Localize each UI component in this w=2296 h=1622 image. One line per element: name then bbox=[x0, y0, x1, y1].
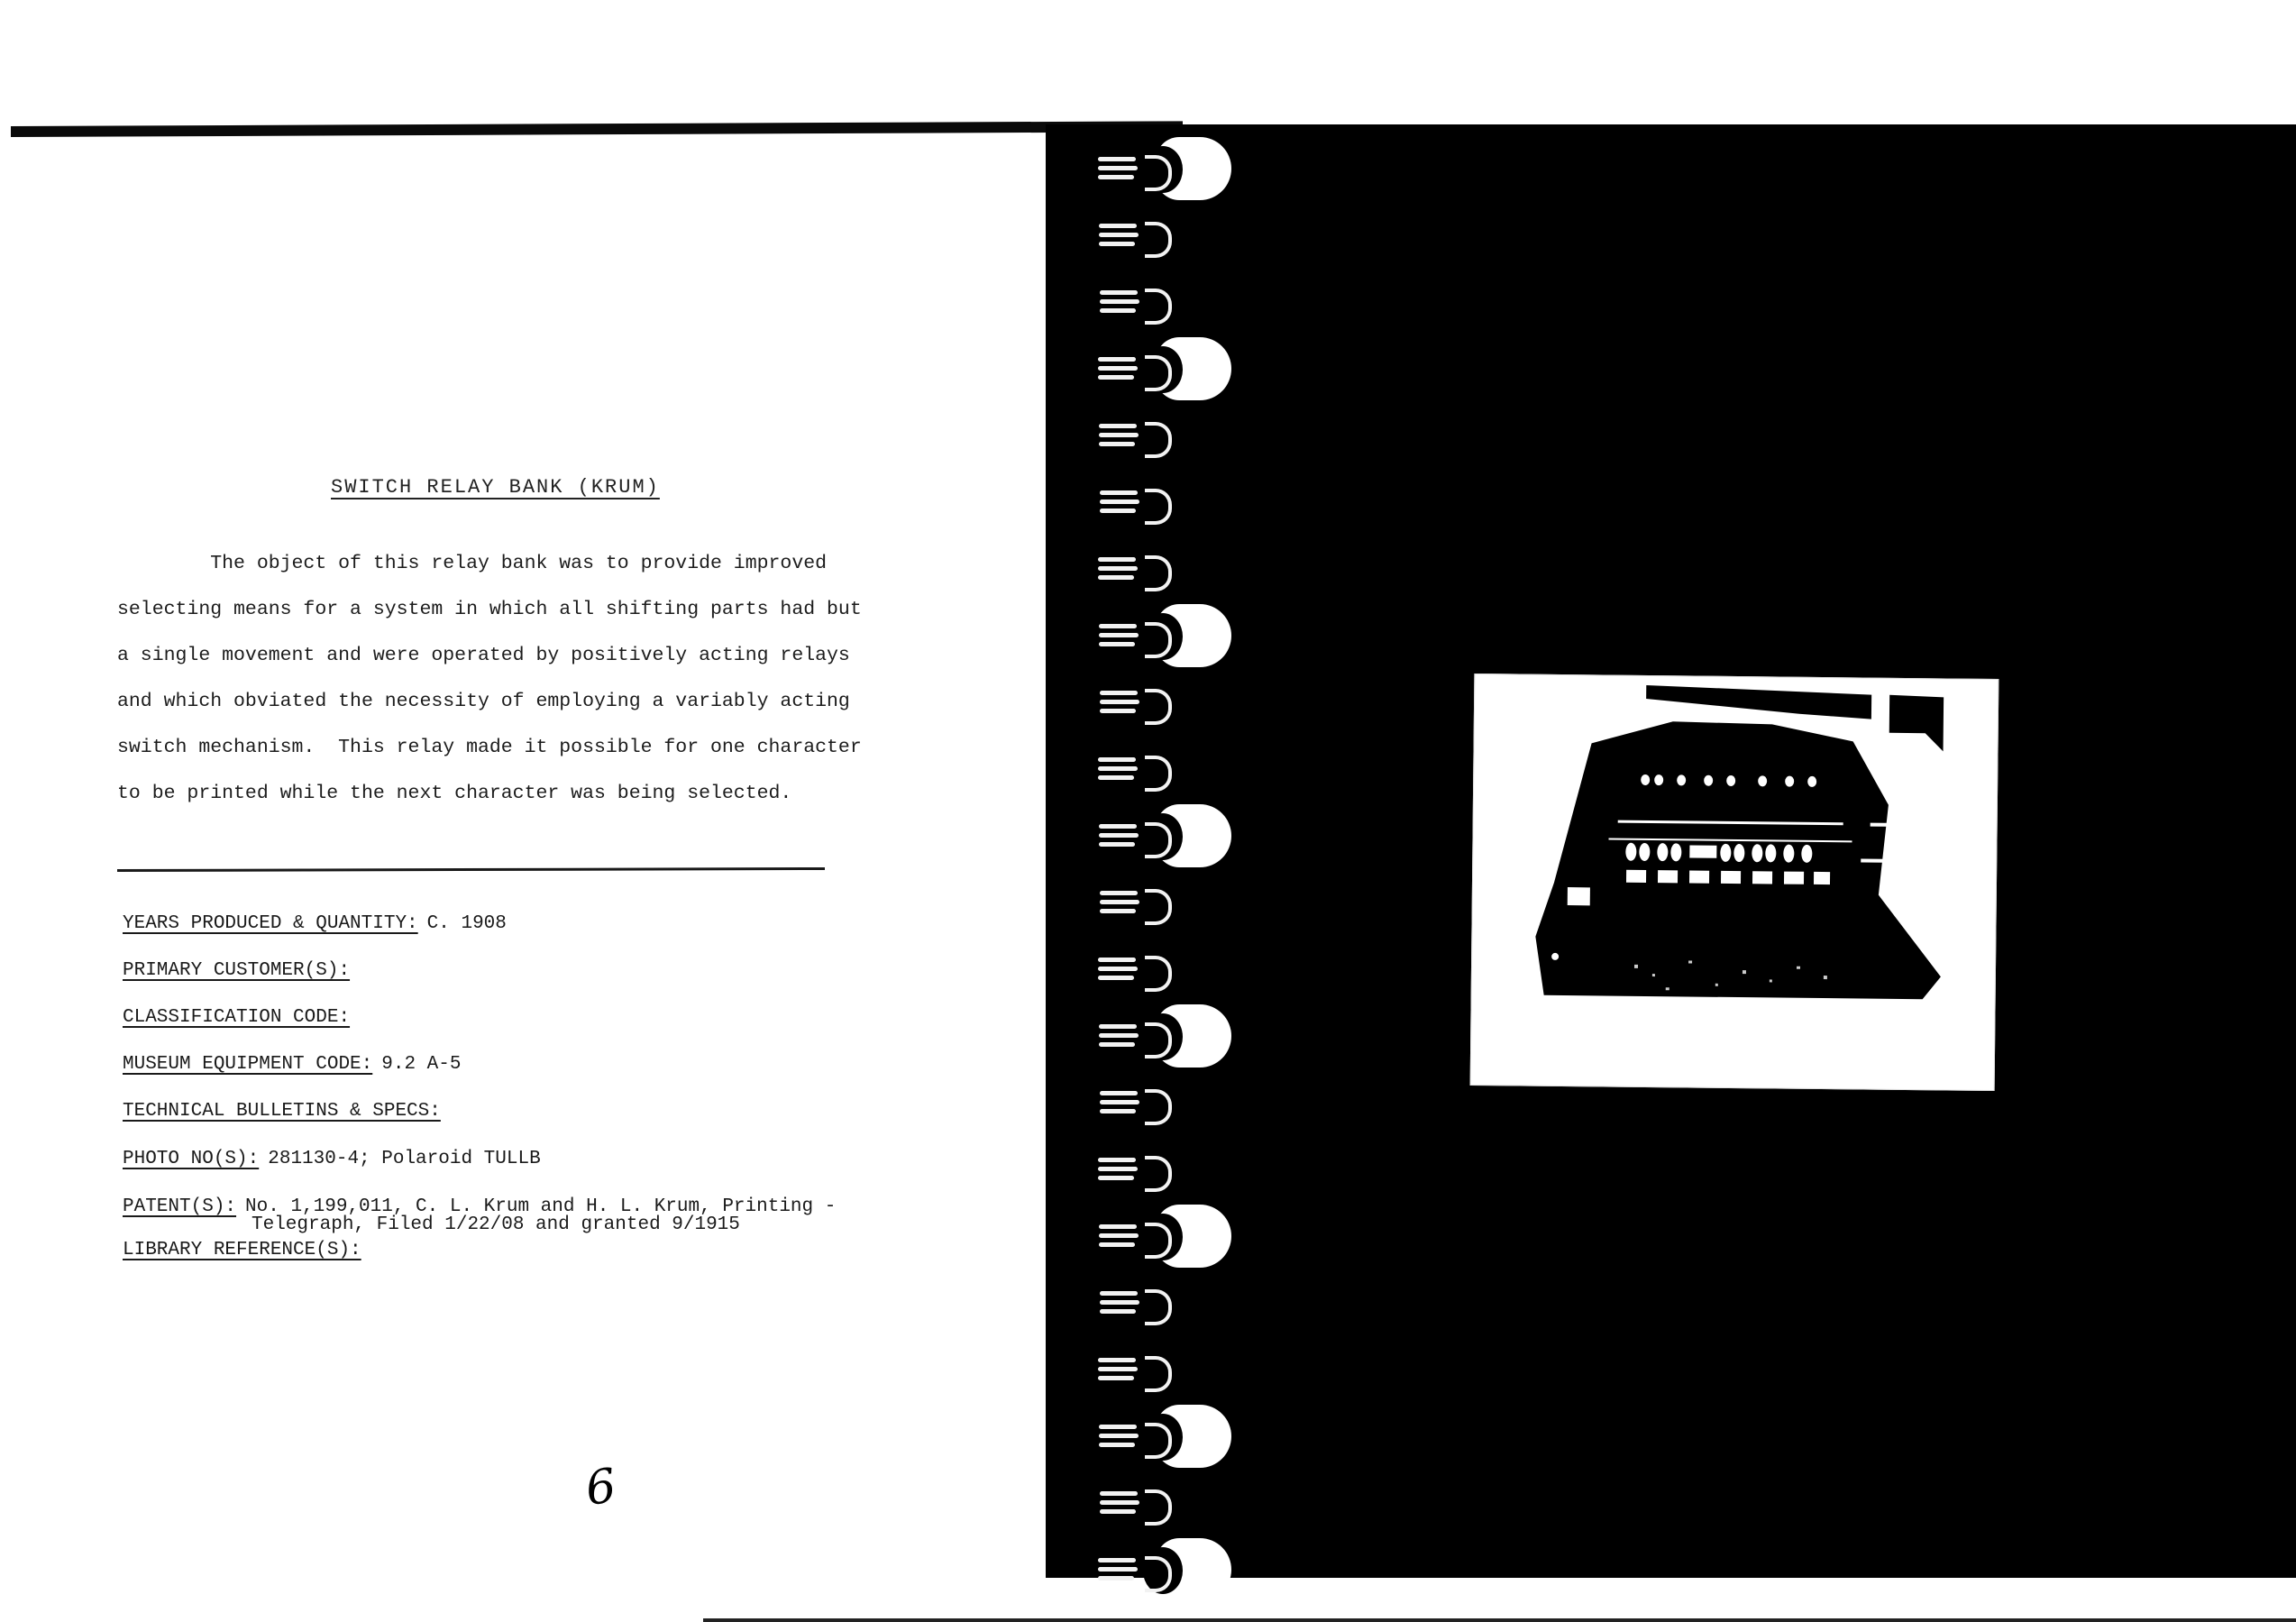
section-divider bbox=[117, 867, 825, 872]
field-value: 281130-4; Polaroid TULLB bbox=[268, 1149, 540, 1169]
spiral-coil bbox=[1091, 153, 1199, 189]
spiral-coil bbox=[1091, 687, 1199, 723]
spiral-coil bbox=[1091, 487, 1199, 523]
spiral-coil bbox=[1091, 420, 1199, 456]
body-line: to be printed while the next character w… bbox=[117, 771, 865, 817]
spiral-coil bbox=[1091, 620, 1199, 656]
spiral-coil bbox=[1091, 353, 1199, 389]
spiral-coil bbox=[1091, 220, 1199, 256]
spiral-coil bbox=[1091, 554, 1199, 590]
field-value: 9.2 A-5 bbox=[381, 1054, 461, 1075]
handwritten-page-number: 6 bbox=[582, 1459, 619, 1517]
spiral-coil bbox=[1091, 820, 1199, 857]
field-label: YEARS PRODUCED & QUANTITY: bbox=[123, 913, 418, 934]
field-classification-code: CLASSIFICATION CODE: bbox=[123, 1007, 359, 1028]
field-photo-numbers: PHOTO NO(S):281130-4; Polaroid TULLB bbox=[123, 1149, 541, 1169]
field-primary-customer: PRIMARY CUSTOMER(S): bbox=[123, 960, 359, 981]
field-label: PATENT(S): bbox=[123, 1196, 236, 1217]
spiral-coil bbox=[1091, 287, 1199, 323]
field-label: PRIMARY CUSTOMER(S): bbox=[123, 960, 350, 981]
spiral-coil bbox=[1091, 887, 1199, 923]
field-label: TECHNICAL BULLETINS & SPECS: bbox=[123, 1101, 441, 1122]
spiral-coil bbox=[1091, 1354, 1199, 1390]
body-line: and which obviated the necessity of empl… bbox=[117, 679, 865, 725]
spiral-coil bbox=[1091, 1021, 1199, 1057]
field-label: LIBRARY REFERENCE(S): bbox=[123, 1240, 361, 1260]
spiral-coil bbox=[1091, 1488, 1199, 1524]
spiral-coil bbox=[1091, 754, 1199, 790]
spiral-coil bbox=[1091, 1087, 1199, 1123]
page-title: SWITCH RELAY BANK (KRUM) bbox=[331, 476, 660, 499]
field-library-reference: LIBRARY REFERENCE(S): bbox=[123, 1240, 370, 1260]
relay-bank-image-icon bbox=[1471, 674, 1999, 1090]
field-years-produced: YEARS PRODUCED & QUANTITY:C. 1908 bbox=[123, 913, 507, 934]
body-line: switch mechanism. This relay made it pos… bbox=[117, 725, 865, 771]
field-technical-bulletins: TECHNICAL BULLETINS & SPECS: bbox=[123, 1101, 450, 1122]
field-value: C. 1908 bbox=[427, 913, 507, 934]
spiral-coil bbox=[1091, 1288, 1199, 1324]
body-line: selecting means for a system in which al… bbox=[117, 587, 865, 633]
spiral-coil bbox=[1091, 1154, 1199, 1190]
field-label: CLASSIFICATION CODE: bbox=[123, 1007, 350, 1028]
description-paragraph: The object of this relay bank was to pro… bbox=[117, 541, 865, 817]
body-line: a single movement and were operated by p… bbox=[117, 633, 865, 679]
field-museum-equipment-code: MUSEUM EQUIPMENT CODE:9.2 A-5 bbox=[123, 1054, 461, 1075]
spiral-coil bbox=[1091, 1221, 1199, 1257]
body-line: The object of this relay bank was to pro… bbox=[117, 541, 865, 587]
relay-bank-photo bbox=[1470, 674, 1999, 1091]
field-label: MUSEUM EQUIPMENT CODE: bbox=[123, 1054, 372, 1075]
field-label: PHOTO NO(S): bbox=[123, 1149, 259, 1169]
spiral-coil bbox=[1091, 1421, 1199, 1457]
spiral-coil bbox=[1091, 954, 1199, 990]
patent-continuation: Telegraph, Filed 1/22/08 and granted 9/1… bbox=[252, 1214, 740, 1235]
spiral-coil bbox=[1091, 1554, 1199, 1590]
page-bottom-edge bbox=[703, 1618, 2296, 1622]
